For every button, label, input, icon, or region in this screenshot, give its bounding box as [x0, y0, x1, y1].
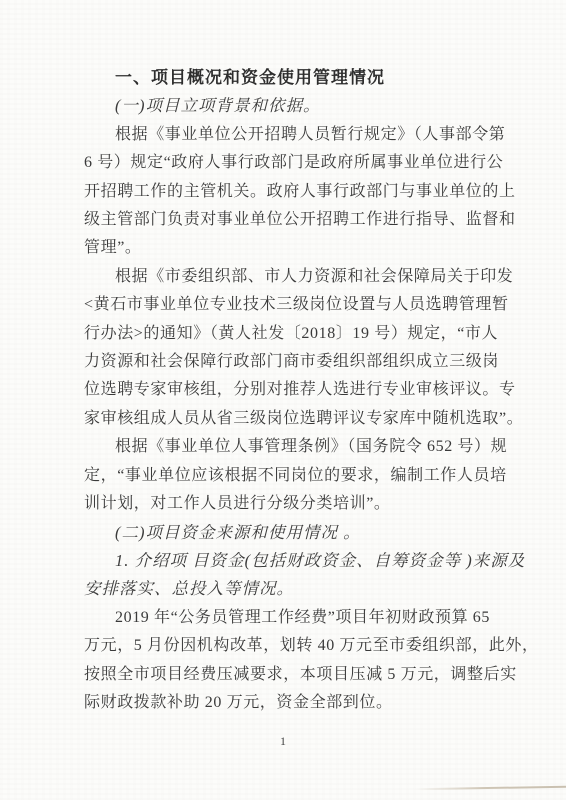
subsection-heading: (一)项目立项背景和依据。 [84, 92, 512, 120]
page-number: 1 [0, 734, 566, 749]
doc-line: 1. 介绍项 目资金(包括财政资金、自筹资金等 )来源及 [84, 547, 512, 575]
scan-artifact-line [416, 786, 566, 791]
doc-line: 行办法>的通知》（黄人社发〔2018〕19 号）规定，“市人 [84, 320, 512, 348]
doc-line: 6 号）规定“政府人事行政部门是政府所属事业单位进行公 [84, 149, 512, 177]
doc-line: 安排落实、总投入等情况。 [84, 575, 512, 603]
doc-line: 位选聘专家审核组，分别对推荐人选进行专业审核评议。专 [84, 376, 512, 404]
doc-line: 训计划，对工作人员进行分级分类培训”。 [84, 490, 512, 518]
doc-line: 2019 年“公务员管理工作经费”项目年初财政预算 65 [84, 604, 512, 632]
doc-line: 家审核组成人员从省三级岗位选聘评议专家库中随机选取”。 [84, 405, 512, 433]
doc-line: 开招聘工作的主管机关。政府人事行政部门与事业单位的上 [84, 178, 512, 206]
doc-line: <黄石市事业单位专业技术三级岗位设置与人员选聘管理暂 [84, 291, 512, 319]
document-body: 一、项目概况和资金使用管理情况 (一)项目立项背景和依据。 根据《事业单位公开招… [84, 64, 512, 717]
doc-line: 力资源和社会保障行政部门商市委组织部组织成立三级岗 [84, 348, 512, 376]
subsection-heading: (二)项目资金来源和使用情况 。 [84, 519, 512, 547]
doc-line: 按照全市项目经费压减要求，本项目压减 5 万元，调整后实 [84, 661, 512, 689]
doc-line: 根据《事业单位公开招聘人员暂行规定》（人事部令第 [84, 121, 512, 149]
doc-line: 管理”。 [84, 234, 512, 262]
doc-line: 根据《市委组织部、市人力资源和社会保障局关于印发 [84, 263, 512, 291]
doc-line: 定，“事业单位应该根据不同岗位的要求，编制工作人员培 [84, 462, 512, 490]
doc-line: 根据《事业单位人事管理条例》（国务院令 652 号）规 [84, 433, 512, 461]
document-page: 一、项目概况和资金使用管理情况 (一)项目立项背景和依据。 根据《事业单位公开招… [0, 0, 566, 800]
section-title: 一、项目概况和资金使用管理情况 [84, 64, 512, 92]
doc-line: 级主管部门负责对事业单位公开招聘工作进行指导、监督和 [84, 206, 512, 234]
doc-line: 万元，5 月份因机构改革，划转 40 万元至市委组织部，此外， [84, 632, 512, 660]
doc-line: 际财政拨款补助 20 万元，资金全部到位。 [84, 689, 512, 717]
